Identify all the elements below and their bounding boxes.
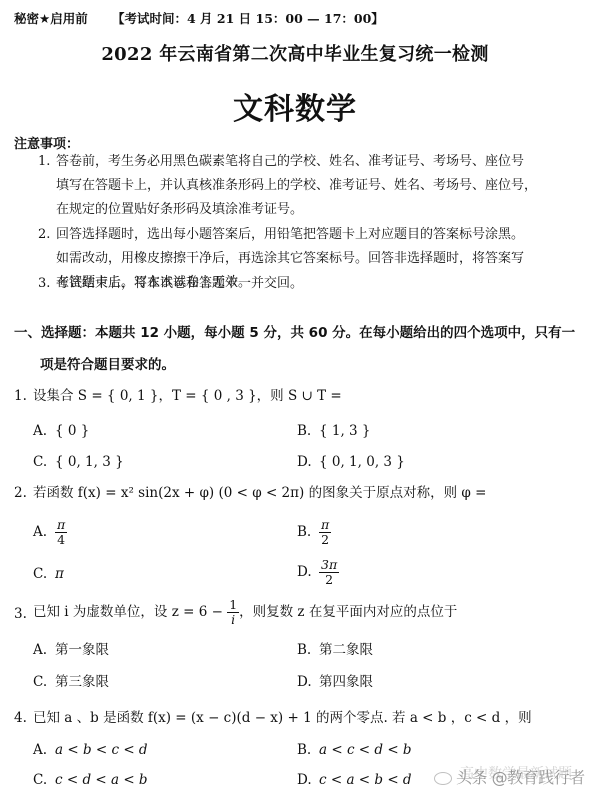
option-c[interactable]: C.第三象限 bbox=[33, 673, 109, 691]
option-a[interactable]: A.π4 bbox=[33, 518, 67, 547]
note-line: 考试结束后，将本试卷和答题卡一并交回。 bbox=[56, 276, 303, 292]
stem-part: ，则复数 z 在复平面内对应的点位于 bbox=[239, 604, 457, 620]
option-text: { 0, 1, 3 } bbox=[55, 454, 124, 470]
option-b[interactable]: B.第二象限 bbox=[297, 641, 373, 659]
stem-part: 已知 i 为虚数单位，设 z = 6 − bbox=[33, 604, 223, 620]
question-stem: 已知 a 、b 是函数 f(x) = (x − c)(d − x) + 1 的两… bbox=[33, 709, 532, 727]
section-heading: 一、选择题：本题共 12 小题，每小题 5 分，共 60 分。在每小题给出的四个… bbox=[14, 321, 575, 341]
option-d[interactable]: D.c < a < b < d bbox=[297, 771, 412, 789]
option-c[interactable]: C.c < d < a < b bbox=[33, 771, 148, 789]
stem-fraction: 1i bbox=[227, 598, 239, 627]
confidential-label: 秘密★启用前 bbox=[14, 9, 88, 27]
fraction-numerator: 1 bbox=[227, 598, 239, 613]
option-label: B. bbox=[297, 641, 319, 659]
option-text: a < c < d < b bbox=[319, 742, 412, 758]
option-text: { 0 } bbox=[55, 423, 89, 439]
option-label: A. bbox=[33, 422, 55, 440]
option-a[interactable]: A.a < b < c < d bbox=[33, 741, 148, 759]
option-label: D. bbox=[297, 771, 319, 789]
option-b[interactable]: B.{ 1, 3 } bbox=[297, 422, 371, 440]
option-c[interactable]: C.{ 0, 1, 3 } bbox=[33, 453, 124, 471]
option-text: c < a < b < d bbox=[319, 772, 412, 788]
option-text: 第四象限 bbox=[319, 674, 373, 690]
option-text: 第一象限 bbox=[55, 642, 109, 658]
option-fraction: π2 bbox=[319, 518, 331, 547]
exam-subject: 文科数学 bbox=[0, 84, 590, 128]
question-number: 4. bbox=[14, 709, 27, 727]
option-label: C. bbox=[33, 673, 55, 691]
option-text: 第二象限 bbox=[319, 642, 373, 658]
note-line: 回答选择题时，选出每小题答案后，用铅笔把答题卡上对应题目的答案标号涂黑。 bbox=[56, 227, 524, 243]
option-c[interactable]: C.π bbox=[33, 565, 64, 583]
note-line: 如需改动，用橡皮擦擦干净后，再选涂其它答案标号。回答非选择题时，将答案写 bbox=[56, 251, 524, 267]
note-line: 答卷前，考生务必用黑色碳素笔将自己的学校、姓名、准考证号、考场号、座位号 bbox=[56, 154, 524, 170]
question-stem: 已知 i 为虚数单位，设 z = 6 − 1i，则复数 z 在复平面内对应的点位… bbox=[33, 598, 457, 627]
exam-time: 【考试时间：4 月 21 日 15：00 — 17：00】 bbox=[112, 9, 384, 27]
option-fraction: 3π2 bbox=[319, 558, 339, 587]
option-label: A. bbox=[33, 741, 55, 759]
option-label: A. bbox=[33, 523, 55, 541]
fraction-denominator: i bbox=[231, 613, 235, 627]
option-a[interactable]: A.{ 0 } bbox=[33, 422, 89, 440]
question-number: 3. bbox=[14, 605, 27, 623]
option-d[interactable]: D.{ 0, 1, 0, 3 } bbox=[297, 453, 405, 471]
fraction-denominator: 4 bbox=[57, 533, 65, 547]
option-d[interactable]: D.第四象限 bbox=[297, 673, 373, 691]
fraction-numerator: π bbox=[55, 518, 67, 533]
option-label: C. bbox=[33, 771, 55, 789]
option-label: B. bbox=[297, 422, 319, 440]
question-number: 2. bbox=[14, 484, 27, 502]
watermark-text: 头条 @教育践行者 bbox=[456, 768, 585, 787]
note-line: 在规定的位置贴好条形码及填涂准考证号。 bbox=[56, 202, 303, 218]
option-d[interactable]: D.3π2 bbox=[297, 558, 339, 587]
fraction-denominator: 2 bbox=[325, 573, 333, 587]
notes-heading: 注意事项： bbox=[14, 133, 79, 152]
fraction-denominator: 2 bbox=[321, 533, 329, 547]
wechat-icon bbox=[434, 772, 452, 785]
option-text: { 1, 3 } bbox=[319, 423, 371, 439]
option-text: 第三象限 bbox=[55, 674, 109, 690]
question-stem: 设集合 S = { 0, 1 }，T = { 0 , 3 }，则 S ∪ T = bbox=[33, 387, 342, 405]
question-number: 1. bbox=[14, 387, 27, 405]
option-label: D. bbox=[297, 453, 319, 471]
option-label: D. bbox=[297, 563, 319, 581]
note-number: 3. bbox=[38, 276, 50, 292]
option-label: A. bbox=[33, 641, 55, 659]
watermark: 头条 @教育践行者 bbox=[434, 765, 585, 788]
fraction-numerator: 3π bbox=[319, 558, 339, 573]
note-number: 2. bbox=[38, 227, 50, 243]
option-a[interactable]: A.第一象限 bbox=[33, 641, 109, 659]
option-b[interactable]: B.a < c < d < b bbox=[297, 741, 412, 759]
option-label: B. bbox=[297, 741, 319, 759]
option-label: D. bbox=[297, 673, 319, 691]
fraction-numerator: π bbox=[319, 518, 331, 533]
option-fraction: π4 bbox=[55, 518, 67, 547]
section-heading-cont: 项是符合题目要求的。 bbox=[40, 353, 175, 373]
option-label: B. bbox=[297, 523, 319, 541]
option-label: C. bbox=[33, 565, 55, 583]
option-b[interactable]: B.π2 bbox=[297, 518, 331, 547]
exam-title: 2022 年云南省第二次高中毕业生复习统一检测 bbox=[0, 40, 590, 66]
option-text: { 0, 1, 0, 3 } bbox=[319, 454, 405, 470]
note-number: 1. bbox=[38, 154, 50, 170]
option-label: C. bbox=[33, 453, 55, 471]
option-text: π bbox=[55, 566, 64, 582]
option-text: c < d < a < b bbox=[55, 772, 148, 788]
option-text: a < b < c < d bbox=[55, 742, 148, 758]
question-stem: 若函数 f(x) = x² sin(2x + φ) (0 < φ < 2π) 的… bbox=[33, 484, 486, 502]
note-line: 填写在答题卡上，并认真核准条形码上的学校、准考证号、姓名、考场号、座位号， bbox=[56, 178, 537, 194]
